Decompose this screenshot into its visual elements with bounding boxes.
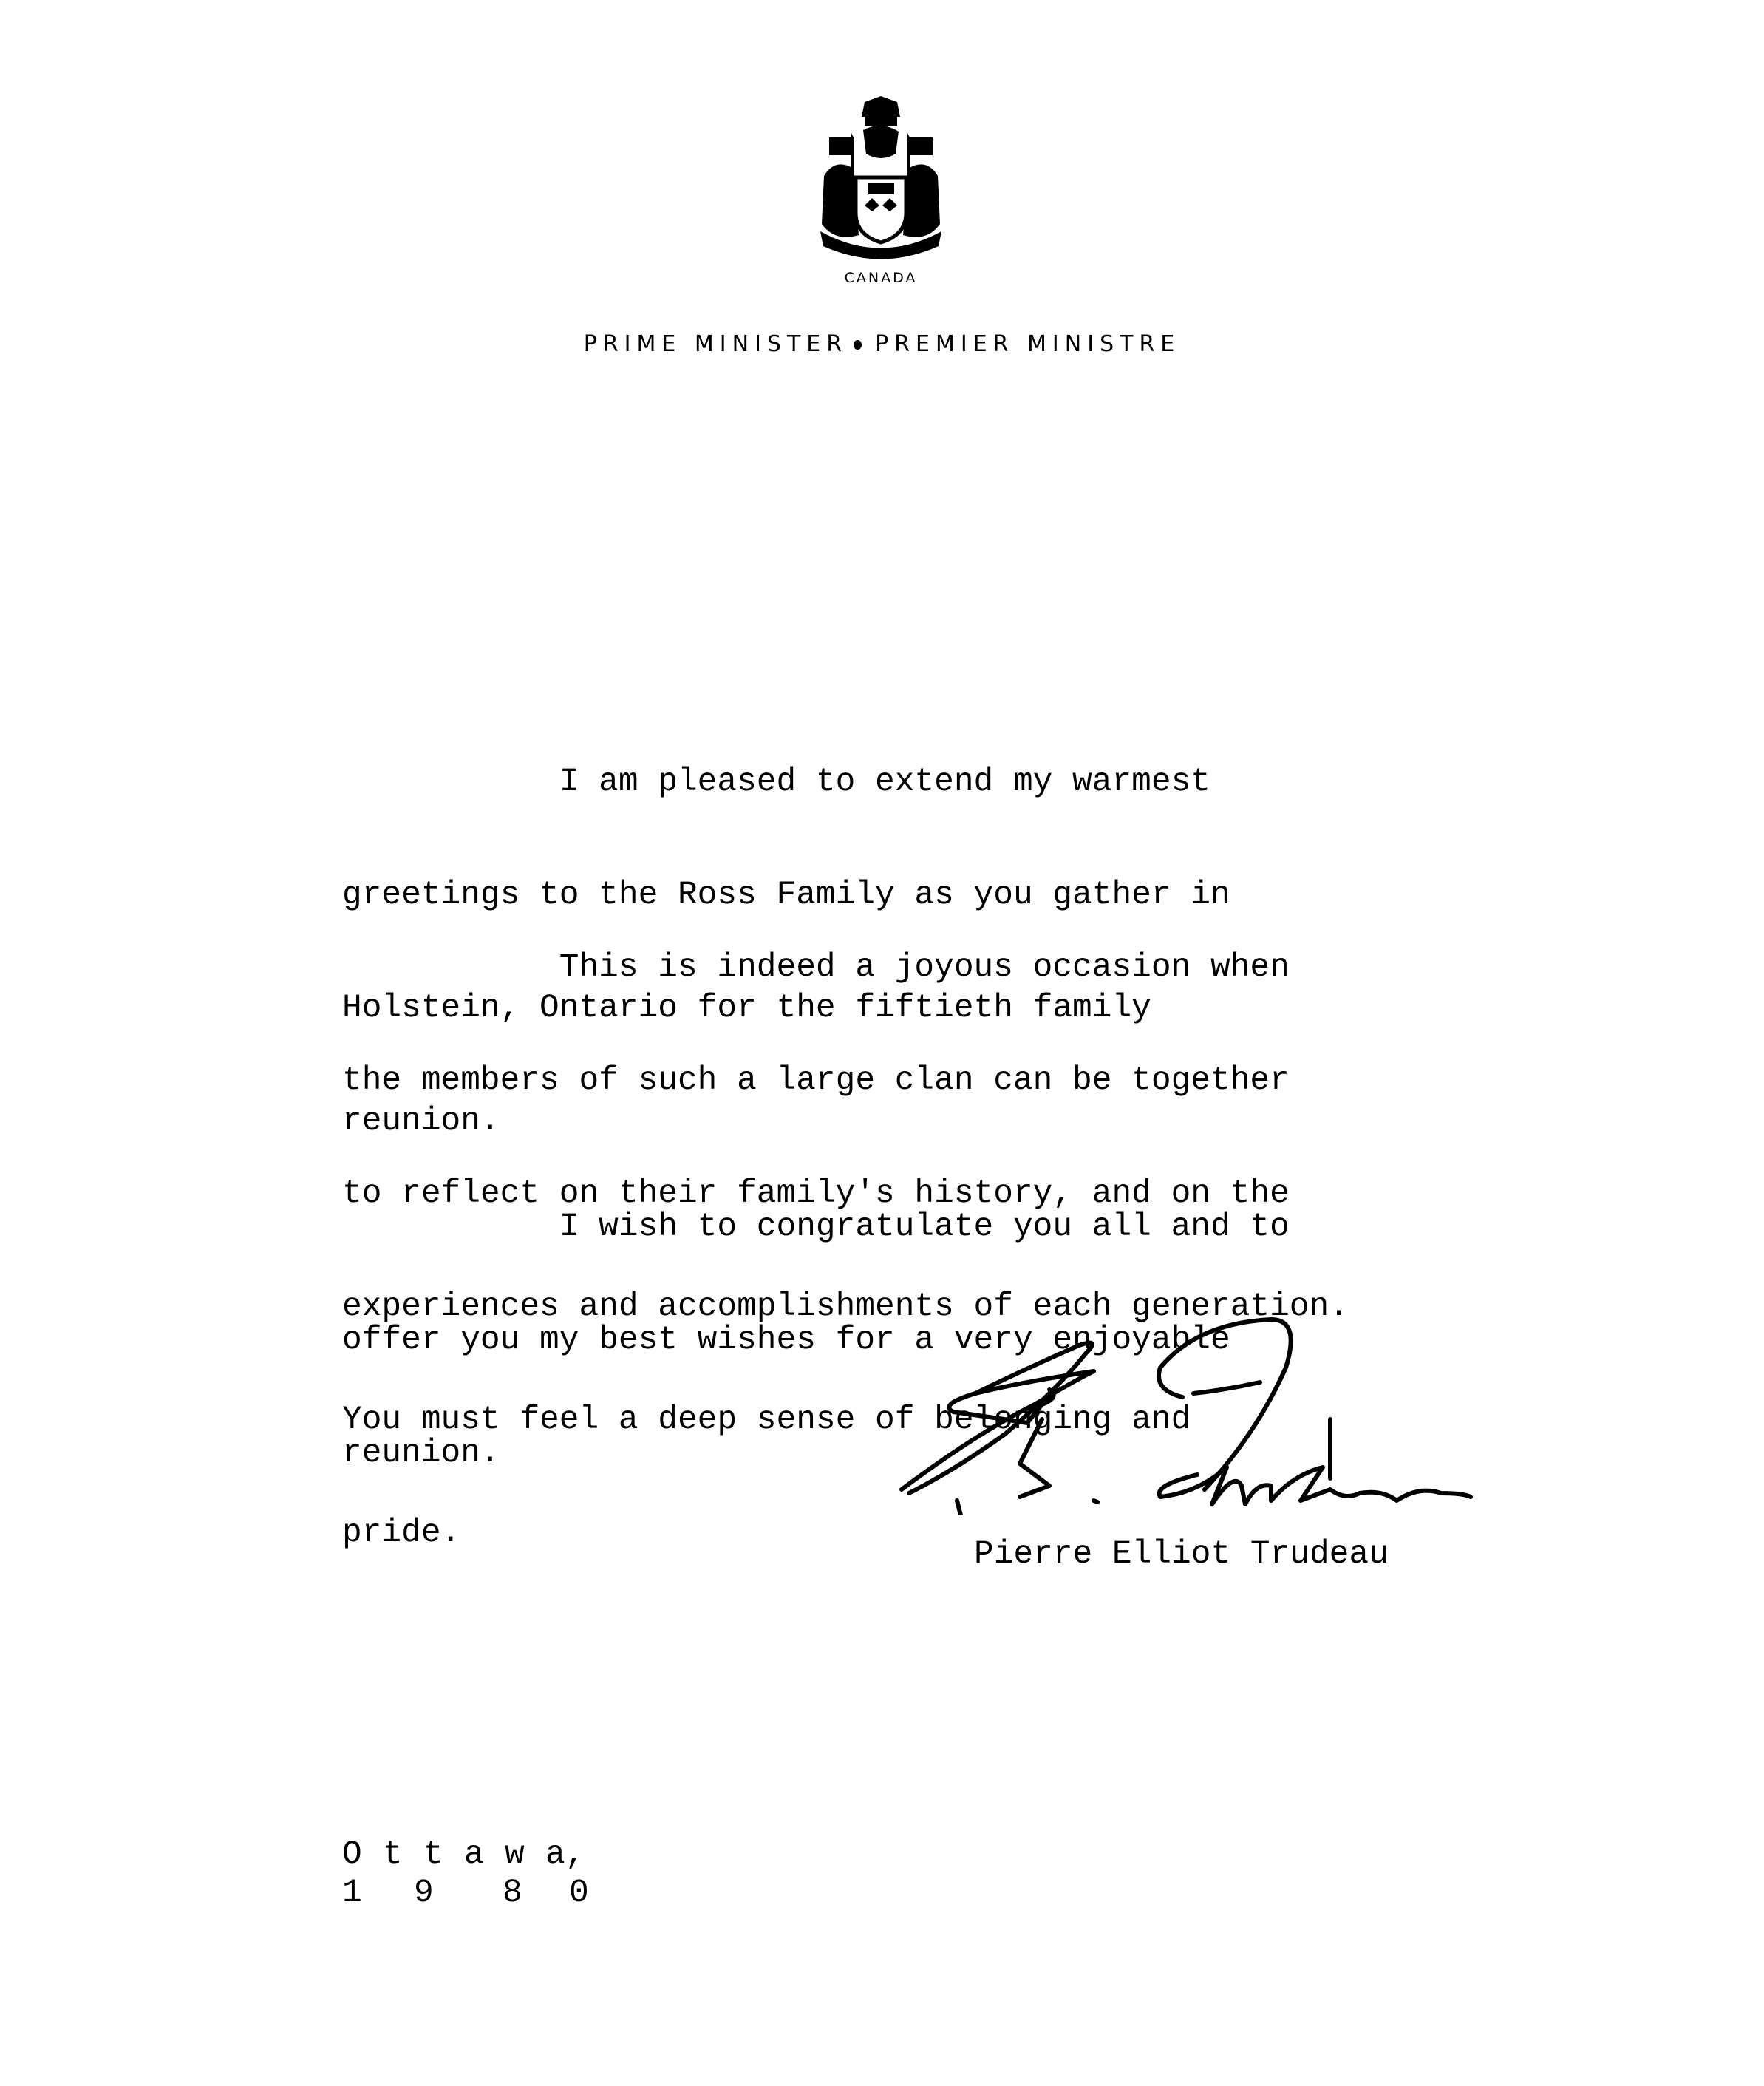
year-digit: 9 — [414, 1874, 503, 1912]
bullet-separator — [854, 340, 862, 350]
place-letter: t — [383, 1835, 423, 1874]
paragraph-line: This is indeed a joyous occasion when — [342, 949, 1349, 987]
place-letter: O — [342, 1835, 383, 1874]
place-letter: a — [464, 1835, 505, 1874]
paragraph-line: I wish to congratulate you all and to — [342, 1209, 1290, 1246]
signatory-name: Pierre Elliot Trudeau — [974, 1536, 1389, 1573]
signature-icon — [887, 1308, 1537, 1515]
place-letter: w — [505, 1835, 545, 1874]
letterhead-office: PRIME MINISTERPREMIER MINISTRE — [0, 331, 1764, 357]
paragraph-line: the members of such a large clan can be … — [342, 1062, 1349, 1100]
year-digit: 8 — [503, 1874, 569, 1912]
year-digit: 1 — [342, 1874, 414, 1912]
office-english: PRIME MINISTER — [584, 331, 848, 357]
place-letter: a, — [545, 1835, 590, 1874]
letterhead-country: CANADA — [813, 270, 949, 286]
coat-of-arms-icon — [813, 95, 949, 265]
office-french: PREMIER MINISTRE — [875, 331, 1180, 357]
year-line: 1 9 8 0 — [342, 1874, 599, 1912]
paragraph-line: I am pleased to extend my warmest — [342, 764, 1230, 801]
place-line: O t t a w a, — [342, 1835, 599, 1874]
year-digit: 0 — [569, 1874, 599, 1912]
place-letter: t — [423, 1835, 464, 1874]
place-date: O t t a w a, 1 9 8 0 — [342, 1835, 599, 1912]
